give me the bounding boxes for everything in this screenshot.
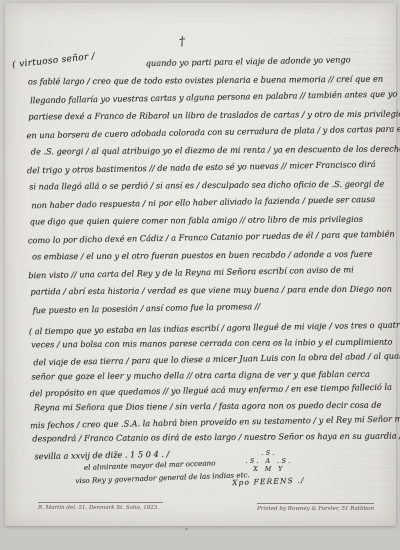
signature-monogram-row-1: .S. [240, 450, 298, 458]
signature-name: Xpo FERENS ./ [232, 476, 298, 487]
signature-monogram-row-3: X M Y [240, 466, 298, 474]
lithographer-credit: R. Martin del. 51, Denmark St. Soho, 182… [38, 502, 163, 511]
paragraph-1: quando yo parti para el viaje de adonde … [26, 52, 385, 319]
paper-speck [185, 528, 188, 530]
columbus-signature: .S. .S. A .S. X M Y Xpo FERENS ./ [240, 450, 298, 486]
paragraph-2: ( al tiempo que yo estaba en las indias … [29, 318, 387, 464]
facsimile-photo: † ( virtuoso señor / quando yo parti par… [0, 0, 400, 550]
signature-monogram-row-2: .S. A .S. [240, 458, 298, 466]
manuscript-body: quando yo parti para el viaje de adonde … [26, 52, 387, 464]
printer-credit: Printed by Rowney & Forster, 51 Rathbone… [257, 503, 374, 512]
